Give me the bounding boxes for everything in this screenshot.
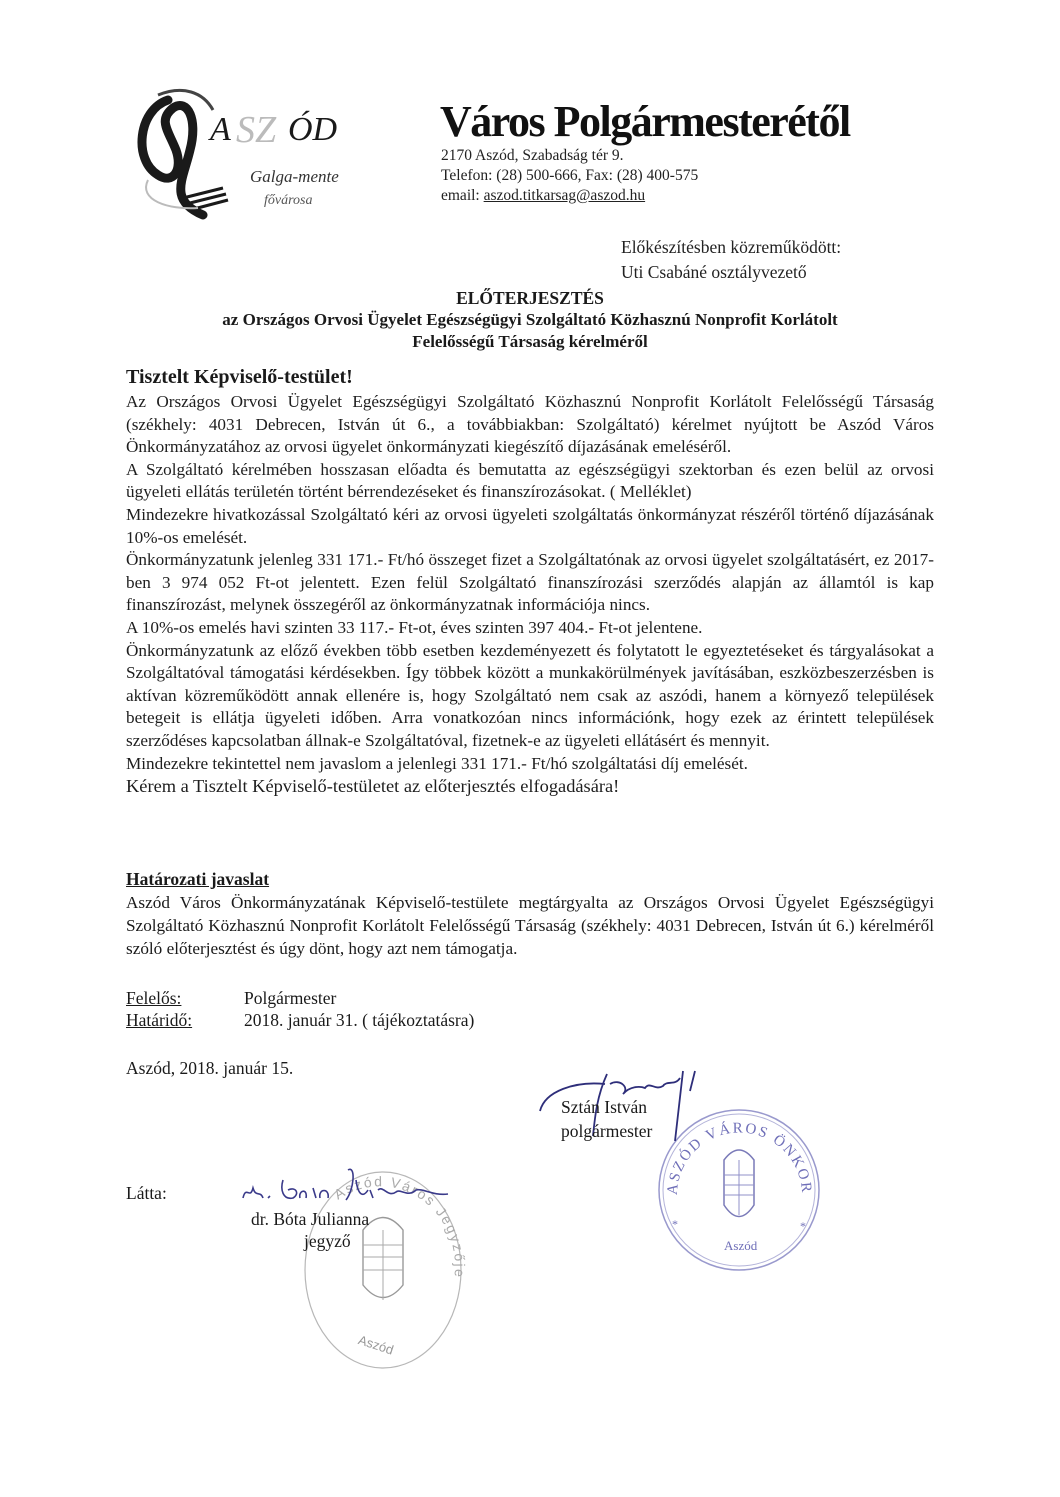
closing-request: Kérem a Tisztelt Képviselő-testületet az… [126, 775, 934, 798]
mayor-name: Sztán István [561, 1095, 652, 1119]
svg-text:A: A [208, 111, 231, 148]
handwritten-signature-icon [238, 1160, 468, 1210]
phone-fax: Telefon: (28) 500-666, Fax: (28) 400-575 [441, 166, 698, 186]
svg-text:Aszód: Aszód [357, 1332, 396, 1357]
address: 2170 Aszód, Szabadság tér 9. [441, 146, 698, 166]
email-label: email: [441, 187, 484, 204]
preparation-person: Uti Csabáné osztályvezető [621, 260, 841, 285]
mayor-title: polgármester [561, 1119, 652, 1143]
email-line: email: aszod.titkarsag@aszod.hu [441, 186, 698, 206]
body-paragraph: A 10%-os emelés havi szinten 33 117.- Ft… [126, 617, 934, 640]
preparation-label: Előkészítésben közreműködött: [621, 235, 841, 260]
body-paragraph: Önkormányzatunk az előző években több es… [126, 640, 934, 753]
svg-text:SZ: SZ [236, 109, 277, 151]
notary-title: jegyző [251, 1230, 369, 1252]
seen-label: Látta: [126, 1183, 167, 1204]
svg-text:ÓD: ÓD [288, 110, 338, 148]
letterhead-title: Város Polgármesterétől [440, 96, 850, 147]
svg-text:*: * [800, 1219, 806, 1233]
letterhead-contact: 2170 Aszód, Szabadság tér 9. Telefon: (2… [441, 146, 698, 206]
body-paragraph: Mindezekre tekintettel nem javaslom a je… [126, 753, 934, 776]
proposal-body: Az Országos Orvosi Ügyelet Egészségügyi … [126, 391, 934, 798]
aszod-logo-icon: A SZ ÓD Galga-mente fővárosa [128, 80, 368, 220]
document-subtitle-line1: az Országos Orvosi Ügyelet Egészségügyi … [120, 309, 940, 331]
svg-text:Galga-mente: Galga-mente [250, 167, 339, 186]
resolution-proposal: Határozati javaslat Aszód Város Önkormán… [126, 868, 934, 960]
email-link[interactable]: aszod.titkarsag@aszod.hu [484, 187, 645, 204]
body-paragraph: Az Országos Orvosi Ügyelet Egészségügyi … [126, 391, 934, 459]
notary-signature [238, 1160, 468, 1210]
deadline-label: Határidő: [126, 1010, 244, 1031]
body-paragraph: Mindezekre hivatkozással Szolgáltató kér… [126, 504, 934, 549]
resolution-text: Aszód Város Önkormányzatának Képviselő-t… [126, 891, 934, 960]
document-title: ELŐTERJESZTÉS [120, 287, 940, 309]
body-paragraph: A Szolgáltató kérelmében hosszasan előad… [126, 459, 934, 504]
resolution-title: Határozati javaslat [126, 868, 934, 891]
document-heading: ELŐTERJESZTÉS az Országos Orvosi Ügyelet… [120, 287, 940, 353]
responsible-value: Polgármester [244, 988, 336, 1008]
place-and-date: Aszód, 2018. január 15. [126, 1058, 293, 1079]
mayor-block: Sztán István polgármester [561, 1095, 652, 1143]
svg-text:fővárosa: fővárosa [264, 193, 312, 208]
responsible-row: Felelős:Polgármester [126, 988, 336, 1009]
responsible-label: Felelős: [126, 988, 244, 1009]
document-subtitle-line2: Felelősségű Társaság kérelméről [120, 331, 940, 353]
body-paragraph: Önkormányzatunk jelenleg 331 171.- Ft/hó… [126, 549, 934, 617]
deadline-value: 2018. január 31. ( tájékoztatásra) [244, 1010, 474, 1030]
preparation-note: Előkészítésben közreműködött: Uti Csabán… [621, 235, 841, 285]
salutation: Tisztelt Képviselő-testület! [126, 366, 353, 389]
svg-text:*: * [672, 1217, 678, 1231]
notary-block: dr. Bóta Julianna jegyző [251, 1208, 369, 1252]
town-logo: A SZ ÓD Galga-mente fővárosa [128, 80, 368, 220]
deadline-row: Határidő:2018. január 31. ( tájékoztatás… [126, 1010, 474, 1031]
svg-text:Aszód: Aszód [724, 1238, 758, 1253]
notary-name: dr. Bóta Julianna [251, 1208, 369, 1230]
